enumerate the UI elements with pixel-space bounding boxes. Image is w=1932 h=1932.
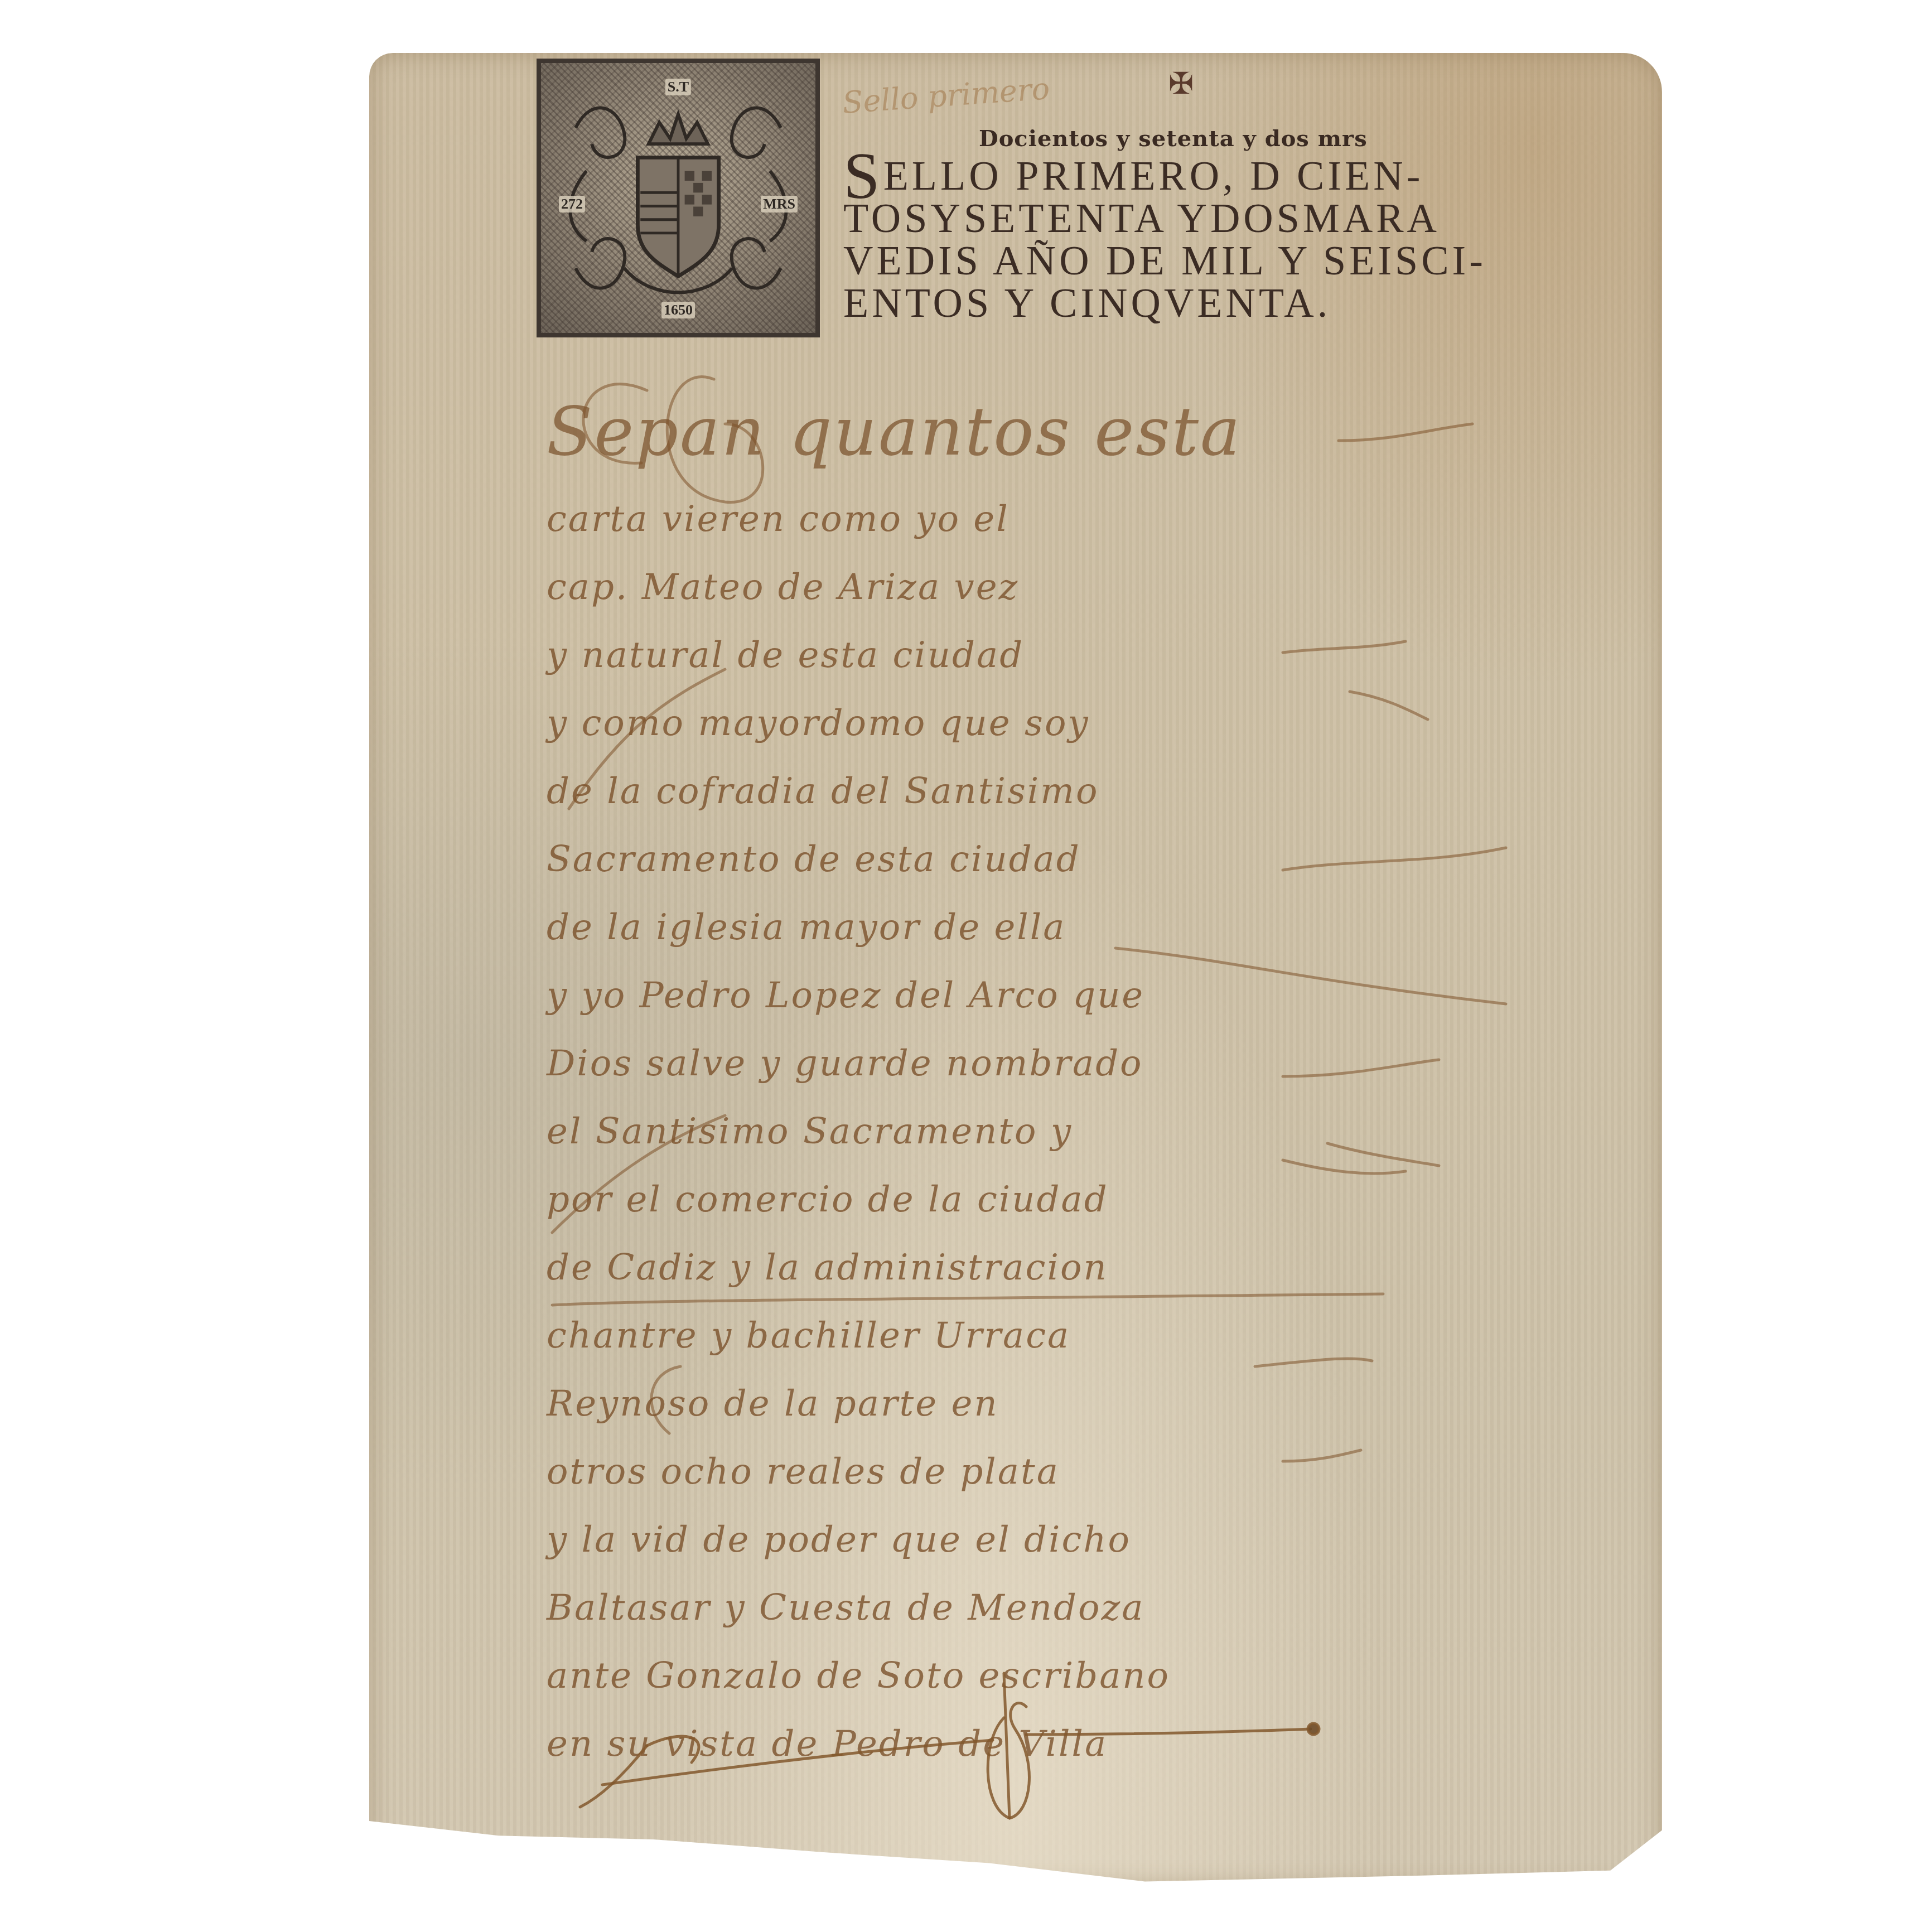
- body-line: cap. Mateo de Ariza vez: [547, 553, 1506, 621]
- body-line: Dios salve y guarde nombrado: [547, 1030, 1506, 1098]
- body-line: y como mayordomo que soy: [547, 689, 1506, 757]
- cross-icon: ✠: [1168, 66, 1194, 101]
- body-line: Baltasar y Cuesta de Mendoza: [547, 1574, 1506, 1642]
- body-line: y natural de esta ciudad: [547, 621, 1506, 689]
- header-line-2: TOSYSETENTA YDOSMARA: [843, 197, 1613, 240]
- body-line: y la vid de poder que el dicho: [547, 1506, 1506, 1574]
- body-line: Sepan quantos esta: [547, 379, 1506, 485]
- stamp-year-label: 1650: [661, 302, 695, 318]
- body-line: el Santisimo Sacramento y: [547, 1098, 1506, 1166]
- body-line: carta vieren como yo el: [547, 485, 1506, 553]
- body-line: otros ocho reales de plata: [547, 1438, 1506, 1506]
- handwritten-body: Sepan quantos esta carta vieren como yo …: [547, 379, 1506, 1778]
- stamp-top-label: S.T: [665, 79, 691, 95]
- body-line: de la cofradia del Santisimo: [547, 757, 1506, 825]
- body-line: Reynoso de la parte en: [547, 1370, 1506, 1438]
- header-line-1: SELLO PRIMERO, D CIEN-: [843, 155, 1613, 197]
- stamp-price-label: 272: [559, 196, 585, 212]
- body-line: de Cadiz y la administracion: [547, 1234, 1506, 1302]
- seal-stamp: S.T 272 MRS 1650: [537, 59, 820, 337]
- body-line: de la iglesia mayor de ella: [547, 893, 1506, 962]
- body-line: y yo Pedro Lopez del Arco que: [547, 962, 1506, 1030]
- seal-printed-header: SELLO PRIMERO, D CIEN- TOSYSETENTA YDOSM…: [843, 155, 1613, 325]
- document-photo: S.T 272 MRS 1650 Sello primero ✠ Docient…: [0, 0, 1932, 1932]
- body-line: por el comercio de la ciudad: [547, 1166, 1506, 1234]
- seal-value-subtitle: Docientos y setenta y dos mrs: [979, 125, 1368, 152]
- body-line: chantre y bachiller Urraca: [547, 1302, 1506, 1370]
- header-line-4: ENTOS Y CINQVENTA.: [843, 282, 1613, 325]
- body-line: Sacramento de esta ciudad: [547, 825, 1506, 893]
- stamp-currency-label: MRS: [761, 196, 798, 212]
- header-line-3: VEDIS AÑO DE MIL Y SEISCI-: [843, 240, 1613, 282]
- signature-rubric-icon: [569, 1662, 1405, 1841]
